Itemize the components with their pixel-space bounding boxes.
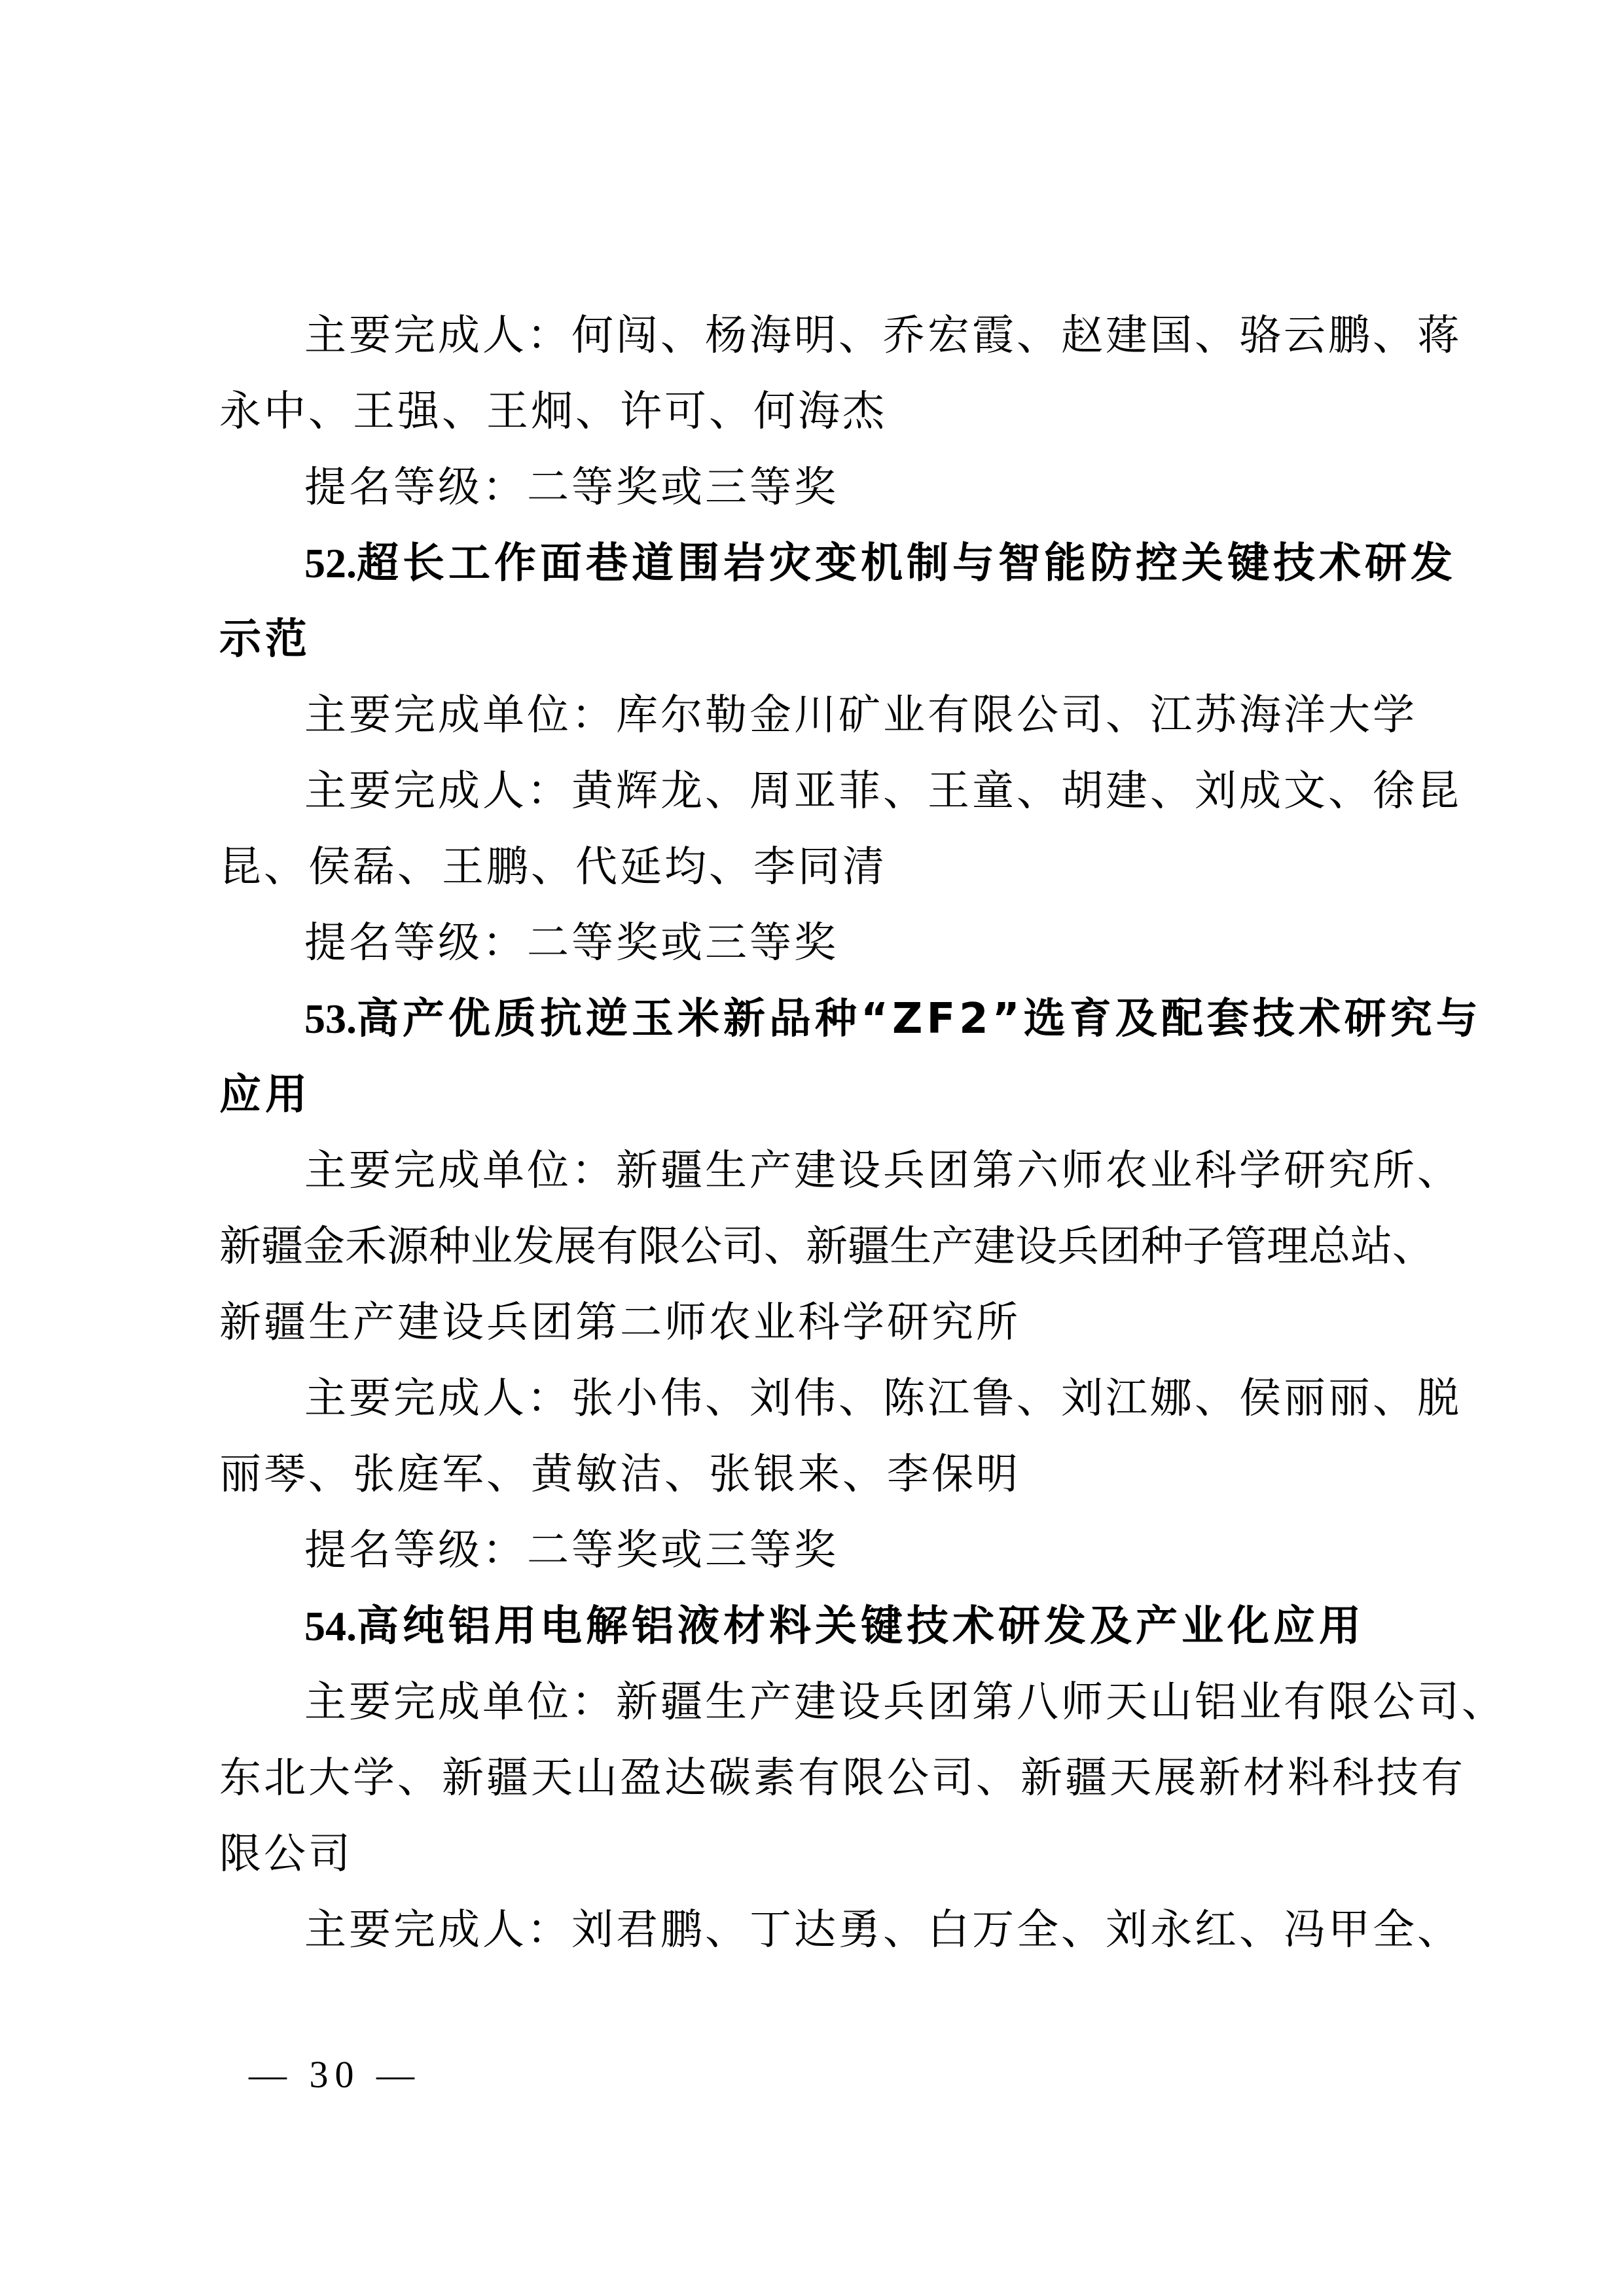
document-page: 主要完成人：何闯、杨海明、乔宏霞、赵建国、骆云鹏、蒋 永中、王强、王炯、许可、何… [0, 0, 1624, 2296]
level-label: 提名等级： [304, 1526, 527, 1575]
level-value: 二等奖或三等奖 [527, 1526, 839, 1575]
completers-label: 主要完成人： [304, 1374, 571, 1423]
nomination-level: 提名等级：二等奖或三等奖 [219, 1513, 1417, 1588]
completers-names: 张小伟、刘伟、陈江鲁、刘江娜、侯丽丽、脱 [571, 1374, 1462, 1423]
completers-names: 刘君鹏、丁达勇、白万全、刘永红、冯甲全、 [571, 1906, 1462, 1954]
nomination-level: 提名等级：二等奖或三等奖 [219, 905, 1417, 981]
units-names: 新疆生产建设兵团第八师天山铝业有限公司、 [616, 1678, 1506, 1727]
units-line-continued: 新疆生产建设兵团第二师农业科学研究所 [219, 1285, 1417, 1361]
completers-names: 何闯、杨海明、乔宏霞、赵建国、骆云鹏、蒋 [571, 312, 1462, 360]
entry-title-continued: 示范 [219, 601, 1417, 677]
completers-line-continued: 昆、侯磊、王鹏、代延均、李同清 [219, 829, 1417, 905]
units-label: 主要完成单位： [304, 691, 616, 740]
units-names: 库尔勒金川矿业有限公司、江苏海洋大学 [616, 691, 1417, 740]
completers-label: 主要完成人： [304, 1906, 571, 1954]
units-label: 主要完成单位： [304, 1678, 616, 1727]
units-line-continued: 限公司 [219, 1816, 1417, 1892]
completers-label: 主要完成人： [304, 767, 571, 816]
page-number: — 30 — [249, 2049, 421, 2101]
level-value: 二等奖或三等奖 [527, 463, 839, 512]
entry-number: 54. [304, 1603, 357, 1649]
units-line-continued: 东北大学、新疆天山盈达碳素有限公司、新疆天展新材料科技有 [219, 1740, 1417, 1816]
award-entry-52: 52.超长工作面巷道围岩灾变机制与智能防控关键技术研发 示范 主要完成单位：库尔… [219, 526, 1417, 981]
entry-title: 52.超长工作面巷道围岩灾变机制与智能防控关键技术研发 [219, 526, 1417, 601]
level-label: 提名等级： [304, 463, 527, 512]
completers-line: 主要完成人：刘君鹏、丁达勇、白万全、刘永红、冯甲全、 [219, 1892, 1417, 1968]
completers-line: 主要完成人：黄辉龙、周亚菲、王童、胡建、刘成文、徐昆 [219, 753, 1417, 829]
completers-line: 主要完成人：何闯、杨海明、乔宏霞、赵建国、骆云鹏、蒋 [219, 298, 1417, 374]
units-line: 主要完成单位：库尔勒金川矿业有限公司、江苏海洋大学 [219, 677, 1417, 753]
units-label: 主要完成单位： [304, 1147, 616, 1195]
entry-title-text: 高纯铝用电解铝液材料关键技术研发及产业化应用 [357, 1602, 1365, 1651]
entry-title-text: 超长工作面巷道围岩灾变机制与智能防控关键技术研发 [357, 539, 1456, 588]
award-entry-51-continued: 主要完成人：何闯、杨海明、乔宏霞、赵建国、骆云鹏、蒋 永中、王强、王炯、许可、何… [219, 298, 1417, 526]
award-entry-54: 54.高纯铝用电解铝液材料关键技术研发及产业化应用 主要完成单位：新疆生产建设兵… [219, 1588, 1417, 1968]
entry-title-continued: 应用 [219, 1057, 1417, 1133]
award-entry-53: 53.高产优质抗逆玉米新品种“ZF2”选育及配套技术研究与 应用 主要完成单位：… [219, 981, 1417, 1588]
completers-line-continued: 永中、王强、王炯、许可、何海杰 [219, 374, 1417, 450]
completers-label: 主要完成人： [304, 312, 571, 360]
entry-title: 54.高纯铝用电解铝液材料关键技术研发及产业化应用 [219, 1588, 1417, 1664]
entry-number: 53. [304, 996, 357, 1042]
document-body: 主要完成人：何闯、杨海明、乔宏霞、赵建国、骆云鹏、蒋 永中、王强、王炯、许可、何… [219, 298, 1417, 1968]
completers-names: 黄辉龙、周亚菲、王童、胡建、刘成文、徐昆 [571, 767, 1462, 816]
entry-title-text: 高产优质抗逆玉米新品种“ZF2”选育及配套技术研究与 [357, 995, 1482, 1043]
nomination-level: 提名等级：二等奖或三等奖 [219, 450, 1417, 526]
entry-title: 53.高产优质抗逆玉米新品种“ZF2”选育及配套技术研究与 [219, 981, 1417, 1057]
completers-line: 主要完成人：张小伟、刘伟、陈江鲁、刘江娜、侯丽丽、脱 [219, 1361, 1417, 1437]
units-line: 主要完成单位：新疆生产建设兵团第八师天山铝业有限公司、 [219, 1664, 1417, 1740]
entry-number: 52. [304, 540, 357, 586]
units-names: 新疆生产建设兵团第六师农业科学研究所、 [616, 1147, 1462, 1195]
level-label: 提名等级： [304, 919, 527, 967]
completers-line-continued: 丽琴、张庭军、黄敏洁、张银来、李保明 [219, 1437, 1417, 1513]
level-value: 二等奖或三等奖 [527, 919, 839, 967]
units-line-continued: 新疆金禾源种业发展有限公司、新疆生产建设兵团种子管理总站、 [219, 1209, 1417, 1285]
units-line: 主要完成单位：新疆生产建设兵团第六师农业科学研究所、 [219, 1133, 1417, 1209]
